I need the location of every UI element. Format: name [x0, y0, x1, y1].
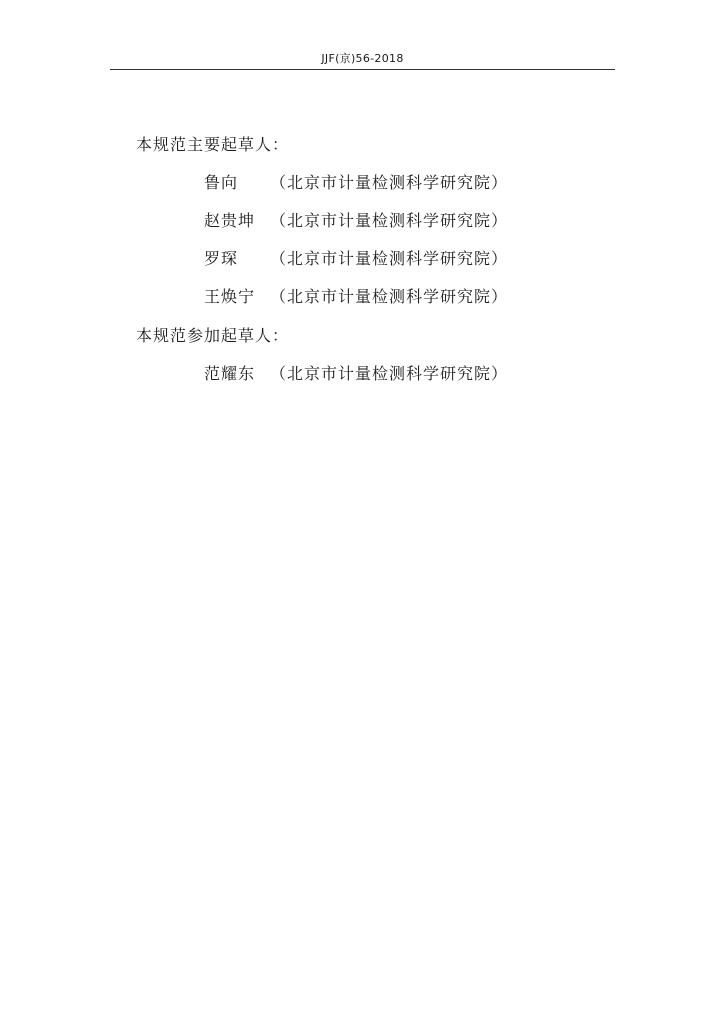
drafter-name: 范耀东: [204, 364, 270, 384]
drafter-row: 鲁向 （北京市计量检测科学研究院）: [204, 173, 508, 193]
drafter-row: 罗琛 （北京市计量检测科学研究院）: [204, 249, 508, 269]
drafter-org: （北京市计量检测科学研究院）: [270, 211, 508, 231]
drafter-name: 赵贵坤: [204, 211, 270, 231]
drafter-name: 罗琛: [204, 249, 270, 269]
drafter-org: （北京市计量检测科学研究院）: [270, 364, 508, 384]
drafter-row: 赵贵坤 （北京市计量检测科学研究院）: [204, 211, 508, 231]
drafter-org: （北京市计量检测科学研究院）: [270, 287, 508, 307]
drafter-row: 范耀东 （北京市计量检测科学研究院）: [204, 364, 508, 384]
drafter-row: 王焕宁 （北京市计量检测科学研究院）: [204, 287, 508, 307]
section-title-main-drafters: 本规范主要起草人：: [136, 135, 289, 155]
section-title-participating-drafters: 本规范参加起草人：: [136, 326, 289, 346]
drafter-name: 王焕宁: [204, 287, 270, 307]
page-header-doc-number: JJF(京)56-2018: [110, 52, 615, 66]
drafter-org: （北京市计量检测科学研究院）: [270, 173, 508, 193]
header-rule: [110, 69, 615, 70]
drafter-org: （北京市计量检测科学研究院）: [270, 249, 508, 269]
drafter-name: 鲁向: [204, 173, 270, 193]
